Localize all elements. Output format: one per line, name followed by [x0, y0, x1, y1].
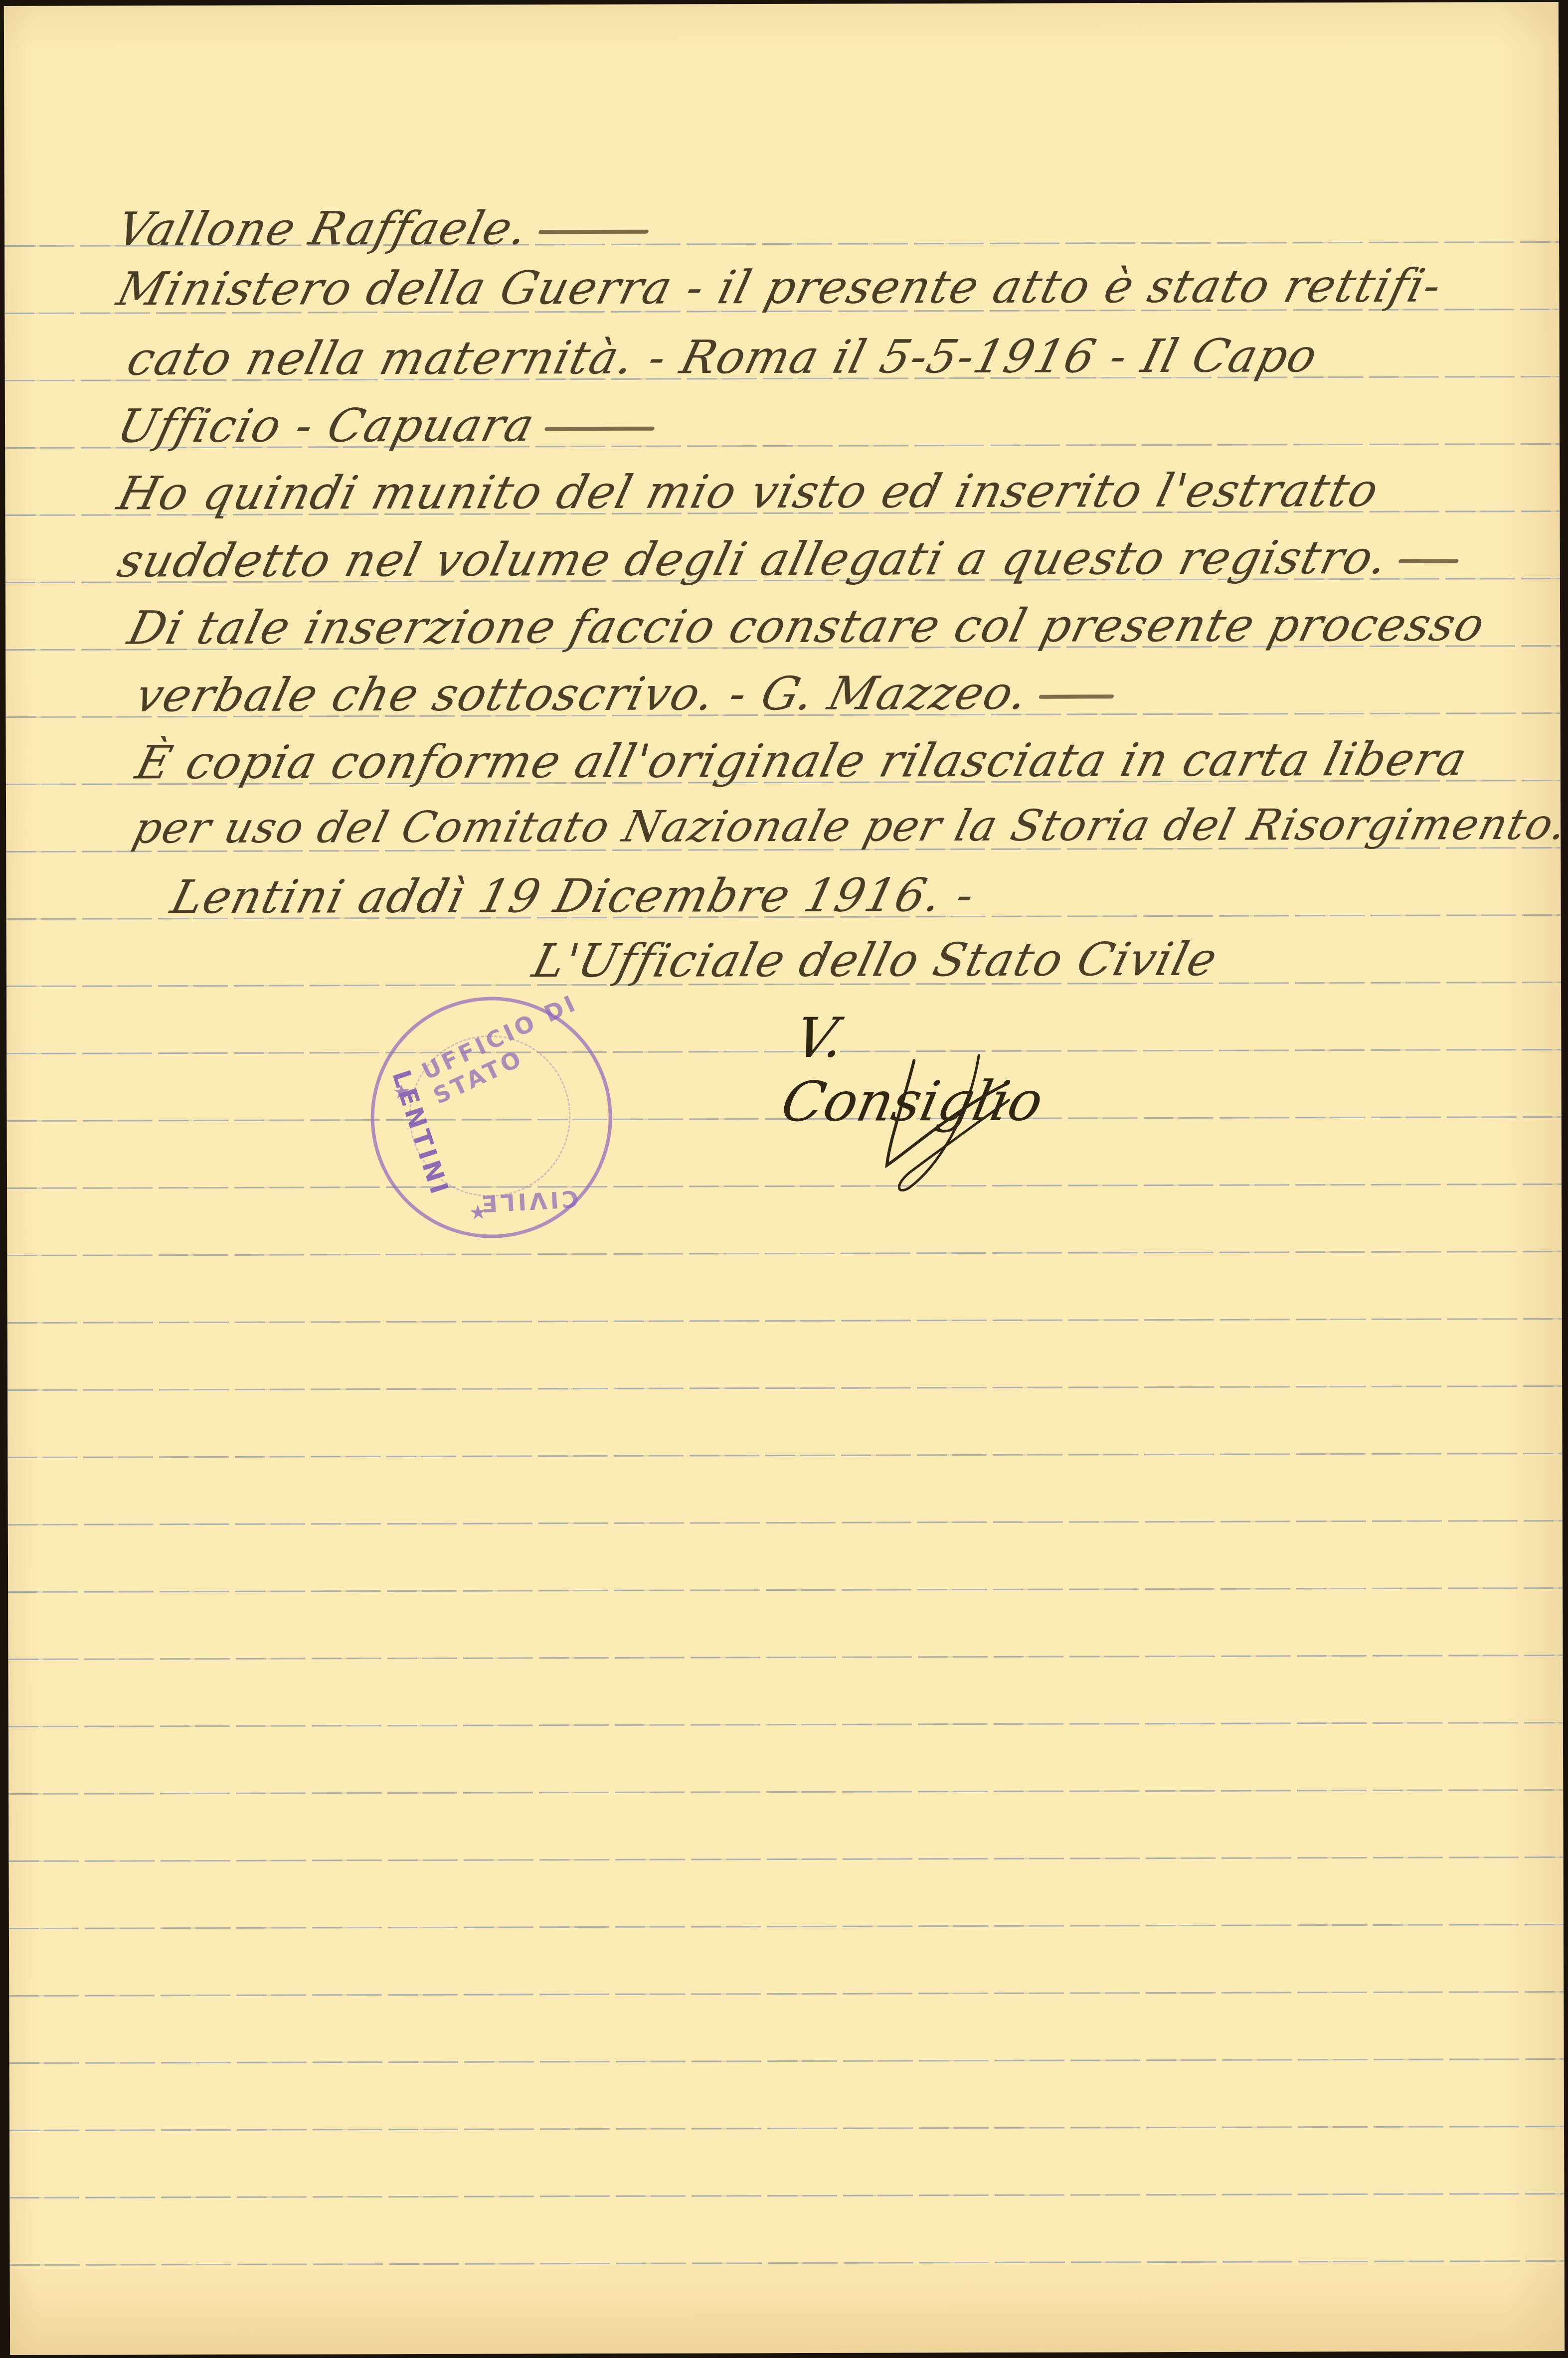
ruled-line	[8, 1520, 1563, 1525]
text-line-9: È copia conforme all'originale rilasciat…	[131, 732, 1473, 789]
text-line-8: verbale che sottoscrivo. - G. Mazzeo.	[131, 666, 1121, 722]
text-line-5: Ho quindi munito del mio visto ed inseri…	[113, 464, 1385, 520]
document-page: Vallone Raffaele. Ministero della Guerra…	[4, 2, 1565, 2355]
line-text: Ufficio - Capuara	[112, 398, 540, 453]
signature-flourish-icon	[789, 1000, 1099, 1200]
star-icon: ★	[392, 1079, 411, 1104]
underline-dash	[1398, 559, 1459, 563]
text-line-10: per uso del Comitato Nazionale per la St…	[128, 800, 1568, 853]
date-line: Lentini addì 19 Dicembre 1916. -	[166, 868, 981, 924]
ruled-line	[7, 1453, 1562, 1458]
text-line-4: Ufficio - Capuara	[112, 398, 662, 453]
ruled-line	[9, 2058, 1564, 2064]
star-icon: ★	[469, 1200, 488, 1224]
ruled-line	[8, 1789, 1563, 1795]
ruled-lines	[4, 2, 1559, 6]
ruled-line	[9, 1991, 1564, 1997]
ruled-line	[8, 1655, 1563, 1660]
text-line-6: suddetto nel volume degli allegati a que…	[113, 530, 1466, 587]
signature: V. Consiglio	[789, 1000, 1099, 1200]
ruled-line	[9, 2126, 1564, 2131]
stamp-bottom-text: CIVILE	[478, 1185, 579, 1217]
line-text: verbale che sottoscrivo. - G. Mazzeo.	[131, 667, 1035, 722]
underline-dash	[1038, 694, 1114, 698]
ruled-line	[10, 2260, 1565, 2266]
official-title-line: L'Ufficiale dello Stato Civile	[527, 933, 1223, 988]
line-text: Vallone Raffaele.	[112, 201, 534, 256]
ruled-line	[9, 1856, 1564, 1862]
ruled-line	[7, 1385, 1562, 1391]
ruled-line	[6, 1049, 1561, 1054]
official-stamp: UFFICIO DI STATO LENTINI CIVILE ★ ★	[364, 991, 619, 1245]
ruled-line	[8, 1587, 1563, 1593]
line-text: suddetto nel volume degli allegati a que…	[113, 531, 1394, 588]
text-line-7: Di tale inserzione faccio constare col p…	[123, 598, 1491, 655]
text-line-3: cato nella maternità. - Roma il 5-5-1916…	[122, 329, 1323, 385]
ruled-line	[7, 1318, 1562, 1324]
text-line-name: Vallone Raffaele.	[112, 201, 656, 256]
ruled-line	[9, 2193, 1564, 2198]
underline-dash	[544, 427, 655, 431]
underline-dash	[538, 230, 649, 234]
ruled-line	[8, 1722, 1563, 1727]
ruled-line	[7, 1183, 1562, 1189]
ruled-line	[7, 1251, 1562, 1256]
text-line-2: Ministero della Guerra - il presente att…	[112, 259, 1447, 316]
ruled-line	[9, 1924, 1564, 1929]
